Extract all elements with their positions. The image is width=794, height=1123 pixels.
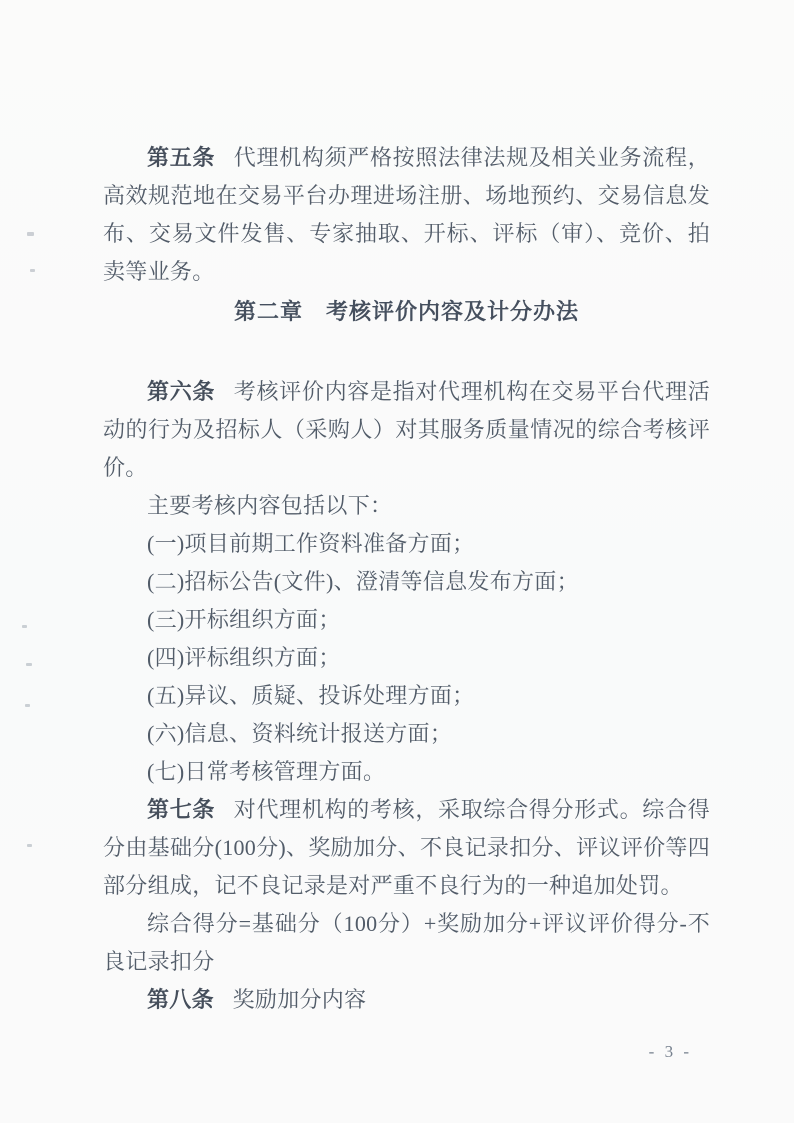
page-number: - 3 -: [649, 1042, 692, 1062]
article-7-label: 第七条: [147, 797, 215, 822]
scan-speck: [22, 625, 27, 628]
paragraph-article-5: 第五条代理机构须严格按照法律法规及相关业务流程，高效规范地在交易平台办理进场注册…: [103, 139, 710, 291]
chapter-heading: 第二章 考核评价内容及计分办法: [103, 293, 710, 331]
document-body: 第五条代理机构须严格按照法律法规及相关业务流程，高效规范地在交易平台办理进场注册…: [103, 139, 710, 1019]
scan-speck: [26, 663, 32, 666]
assessment-item-6: (六)信息、资料统计报送方面；: [103, 715, 710, 753]
document-page: 第五条代理机构须严格按照法律法规及相关业务流程，高效规范地在交易平台办理进场注册…: [0, 0, 794, 1123]
article-8-label: 第八条: [147, 987, 214, 1012]
assessment-intro: 主要考核内容包括以下：: [103, 487, 710, 525]
article-6-label: 第六条: [147, 379, 215, 404]
assessment-item-5: (五)异议、质疑、投诉处理方面；: [103, 677, 710, 715]
paragraph-article-7: 第七条对代理机构的考核，采取综合得分形式。综合得分由基础分(100分)、奖励加分…: [103, 791, 710, 905]
scan-speck: [25, 704, 30, 707]
assessment-item-3: (三)开标组织方面；: [103, 601, 710, 639]
scan-speck: [27, 844, 32, 847]
scan-speck: [30, 269, 35, 272]
paragraph-article-8: 第八条奖励加分内容: [103, 981, 710, 1019]
article-8-text: 奖励加分内容: [233, 987, 367, 1012]
paragraph-article-6: 第六条考核评价内容是指对代理机构在交易平台代理活动的行为及招标人（采购人）对其服…: [103, 373, 710, 487]
assessment-item-4: (四)评标组织方面；: [103, 639, 710, 677]
article-5-label: 第五条: [147, 145, 215, 170]
assessment-item-7: (七)日常考核管理方面。: [103, 753, 710, 791]
assessment-item-2: (二)招标公告(文件)、澄清等信息发布方面；: [103, 563, 710, 601]
scan-speck: [27, 232, 34, 236]
assessment-item-1: (一)项目前期工作资料准备方面；: [103, 525, 710, 563]
score-formula: 综合得分=基础分（100分）+奖励加分+评议评价得分-不良记录扣分: [103, 905, 710, 981]
